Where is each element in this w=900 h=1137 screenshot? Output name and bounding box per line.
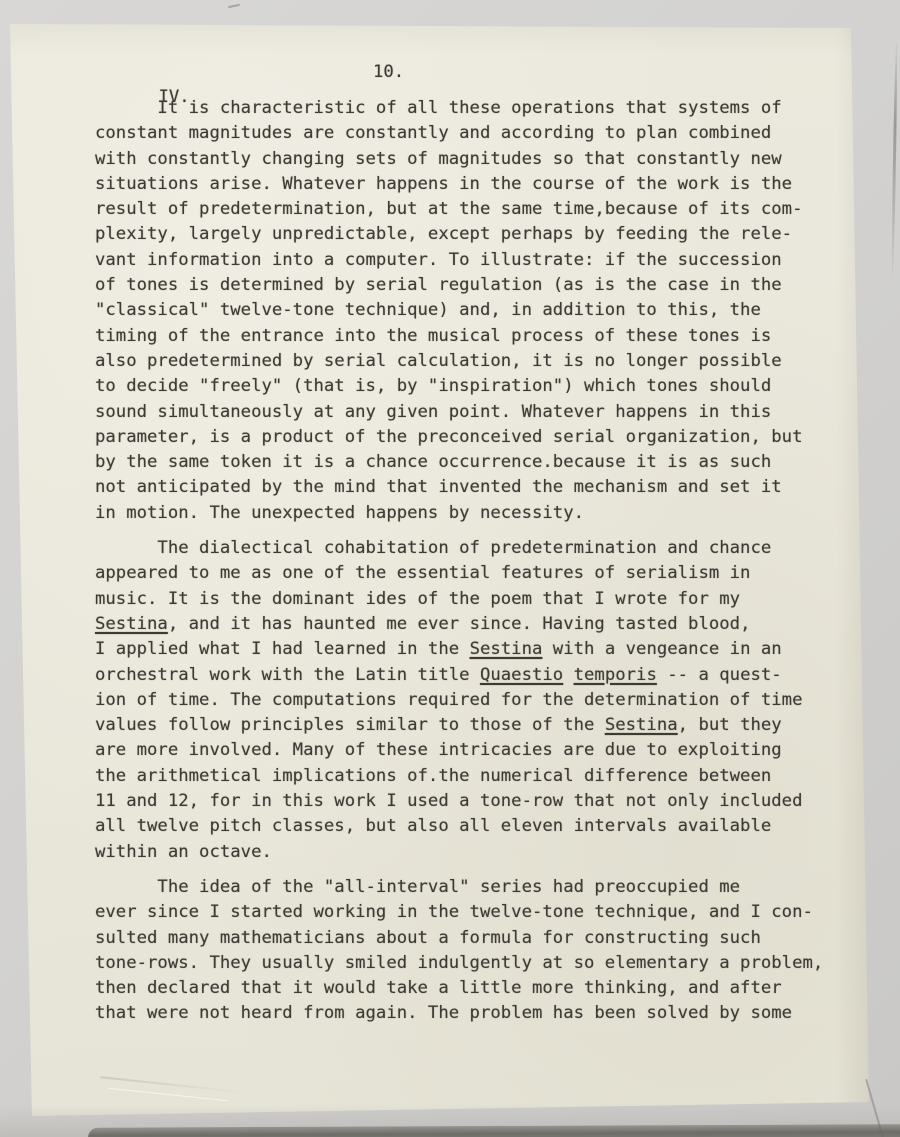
line-text: are more involved. Many of these intrica… <box>95 740 782 760</box>
line-text: The idea of the "all-interval" series ha… <box>95 877 740 897</box>
document-line: tone-rows. They usually smiled indulgent… <box>95 951 855 976</box>
document-line: "classical" twelve-tone technique) and, … <box>95 298 855 323</box>
line-text: all twelve pitch classes, but also all e… <box>95 816 771 836</box>
document-line: that were not heard from again. The prob… <box>95 1001 855 1026</box>
line-text: values follow principles similar to thos… <box>95 715 605 735</box>
underlined-title: Sestina <box>95 614 168 634</box>
document-line: vant information into a computer. To ill… <box>95 248 855 273</box>
document-line: are more involved. Many of these intrica… <box>95 738 855 763</box>
document-line: result of predetermination, but at the s… <box>95 197 855 222</box>
line-text: -- a quest- <box>657 665 782 685</box>
document-line: all twelve pitch classes, but also all e… <box>95 814 855 839</box>
line-text: to decide "freely" (that is, by "inspira… <box>95 376 771 396</box>
line-text: that were not heard from again. The prob… <box>95 1003 792 1023</box>
document-line: Sestina, and it has haunted me ever sinc… <box>95 612 855 637</box>
line-text: the arithmetical implications of.the num… <box>95 766 771 786</box>
document-line: by the same token it is a chance occurre… <box>95 450 855 475</box>
line-text: orchestral work with the Latin title <box>95 665 480 685</box>
paragraph: The dialectical cohabitation of predeter… <box>95 536 855 865</box>
line-text: appeared to me as one of the essential f… <box>95 563 750 583</box>
adjacent-page-edge-line <box>891 42 898 277</box>
line-text: ion of time. The computations required f… <box>95 690 803 710</box>
line-text: music. It is the dominant ides of the po… <box>95 589 740 609</box>
paper-page: IV. 10. It is characteristic of all thes… <box>8 22 870 1118</box>
line-text: by the same token it is a chance occurre… <box>95 452 771 472</box>
line-text: result of predetermination, but at the s… <box>95 199 803 219</box>
line-text: vant information into a computer. To ill… <box>95 250 782 270</box>
paper-crease-mark <box>100 1076 249 1094</box>
line-text: then declared that it would take a littl… <box>95 978 782 998</box>
line-text: with a vengeance in an <box>542 639 781 659</box>
document-line: of tones is determined by serial regulat… <box>95 273 855 298</box>
line-text: timing of the entrance into the musical … <box>95 326 771 346</box>
document-line: within an octave. <box>95 840 855 865</box>
document-line: the arithmetical implications of.the num… <box>95 764 855 789</box>
line-text: The dialectical cohabitation of predeter… <box>95 538 771 558</box>
document-line: ever since I started working in the twel… <box>95 900 855 925</box>
scan-speck <box>228 4 240 8</box>
underlined-title: Quaestio <box>480 665 563 685</box>
document-line: then declared that it would take a littl… <box>95 976 855 1001</box>
document-line: plexity, largely unpredictable, except p… <box>95 222 855 247</box>
document-line: parameter, is a product of the preconcei… <box>95 425 855 450</box>
document-line: sound simultaneously at any given point.… <box>95 400 855 425</box>
line-text: ever since I started working in the twel… <box>95 902 813 922</box>
underlined-title: Sestina <box>605 715 678 735</box>
document-line: in motion. The unexpected happens by nec… <box>95 501 855 526</box>
document-line: sulted many mathematicians about a formu… <box>95 926 855 951</box>
document-line: It is characteristic of all these operat… <box>95 96 855 121</box>
document-line: The idea of the "all-interval" series ha… <box>95 875 855 900</box>
document-line: ion of time. The computations required f… <box>95 688 855 713</box>
document-line: appeared to me as one of the essential f… <box>95 561 855 586</box>
paragraph: The idea of the "all-interval" series ha… <box>95 875 855 1027</box>
line-text: not anticipated by the mind that invente… <box>95 477 782 497</box>
line-text: within an octave. <box>95 842 272 862</box>
line-text: parameter, is a product of the preconcei… <box>95 427 803 447</box>
paragraph: It is characteristic of all these operat… <box>95 96 855 526</box>
line-text: tone-rows. They usually smiled indulgent… <box>95 953 823 973</box>
line-text: sound simultaneously at any given point.… <box>95 402 771 422</box>
line-text: sulted many mathematicians about a formu… <box>95 928 761 948</box>
line-text: , but they <box>678 715 782 735</box>
scan-background: IV. 10. It is characteristic of all thes… <box>0 0 900 1137</box>
line-text: with constantly changing sets of magnitu… <box>95 149 782 169</box>
document-line: music. It is the dominant ides of the po… <box>95 587 855 612</box>
line-text: constant magnitudes are constantly and a… <box>95 123 771 143</box>
document-line: with constantly changing sets of magnitu… <box>95 147 855 172</box>
page-number: 10. <box>373 60 404 85</box>
line-text: , and it has haunted me ever since. Havi… <box>168 614 751 634</box>
line-text: 11 and 12, for in this work I used a ton… <box>95 791 803 811</box>
line-text: of tones is determined by serial regulat… <box>95 275 782 295</box>
text-block: It is characteristic of all these operat… <box>95 96 855 1027</box>
document-line: to decide "freely" (that is, by "inspira… <box>95 374 855 399</box>
document-line: timing of the entrance into the musical … <box>95 324 855 349</box>
document-line: constant magnitudes are constantly and a… <box>95 121 855 146</box>
underlined-title: Sestina <box>470 639 543 659</box>
line-text: It is characteristic of all these operat… <box>95 98 782 118</box>
line-text: in motion. The unexpected happens by nec… <box>95 503 584 523</box>
document-line: I applied what I had learned in the Sest… <box>95 637 855 662</box>
document-line: situations arise. Whatever happens in th… <box>95 172 855 197</box>
underlined-title: temporis <box>574 665 657 685</box>
document-line: not anticipated by the mind that invente… <box>95 475 855 500</box>
document-line: also predetermined by serial calculation… <box>95 349 855 374</box>
line-text: plexity, largely unpredictable, except p… <box>95 224 792 244</box>
line-text <box>563 665 573 685</box>
document-line: orchestral work with the Latin title Qua… <box>95 663 855 688</box>
line-text: also predetermined by serial calculation… <box>95 351 782 371</box>
line-text: "classical" twelve-tone technique) and, … <box>95 300 761 320</box>
line-text: situations arise. Whatever happens in th… <box>95 174 792 194</box>
document-line: The dialectical cohabitation of predeter… <box>95 536 855 561</box>
document-line: values follow principles similar to thos… <box>95 713 855 738</box>
document-line: 11 and 12, for in this work I used a ton… <box>95 789 855 814</box>
line-text: I applied what I had learned in the <box>95 639 470 659</box>
